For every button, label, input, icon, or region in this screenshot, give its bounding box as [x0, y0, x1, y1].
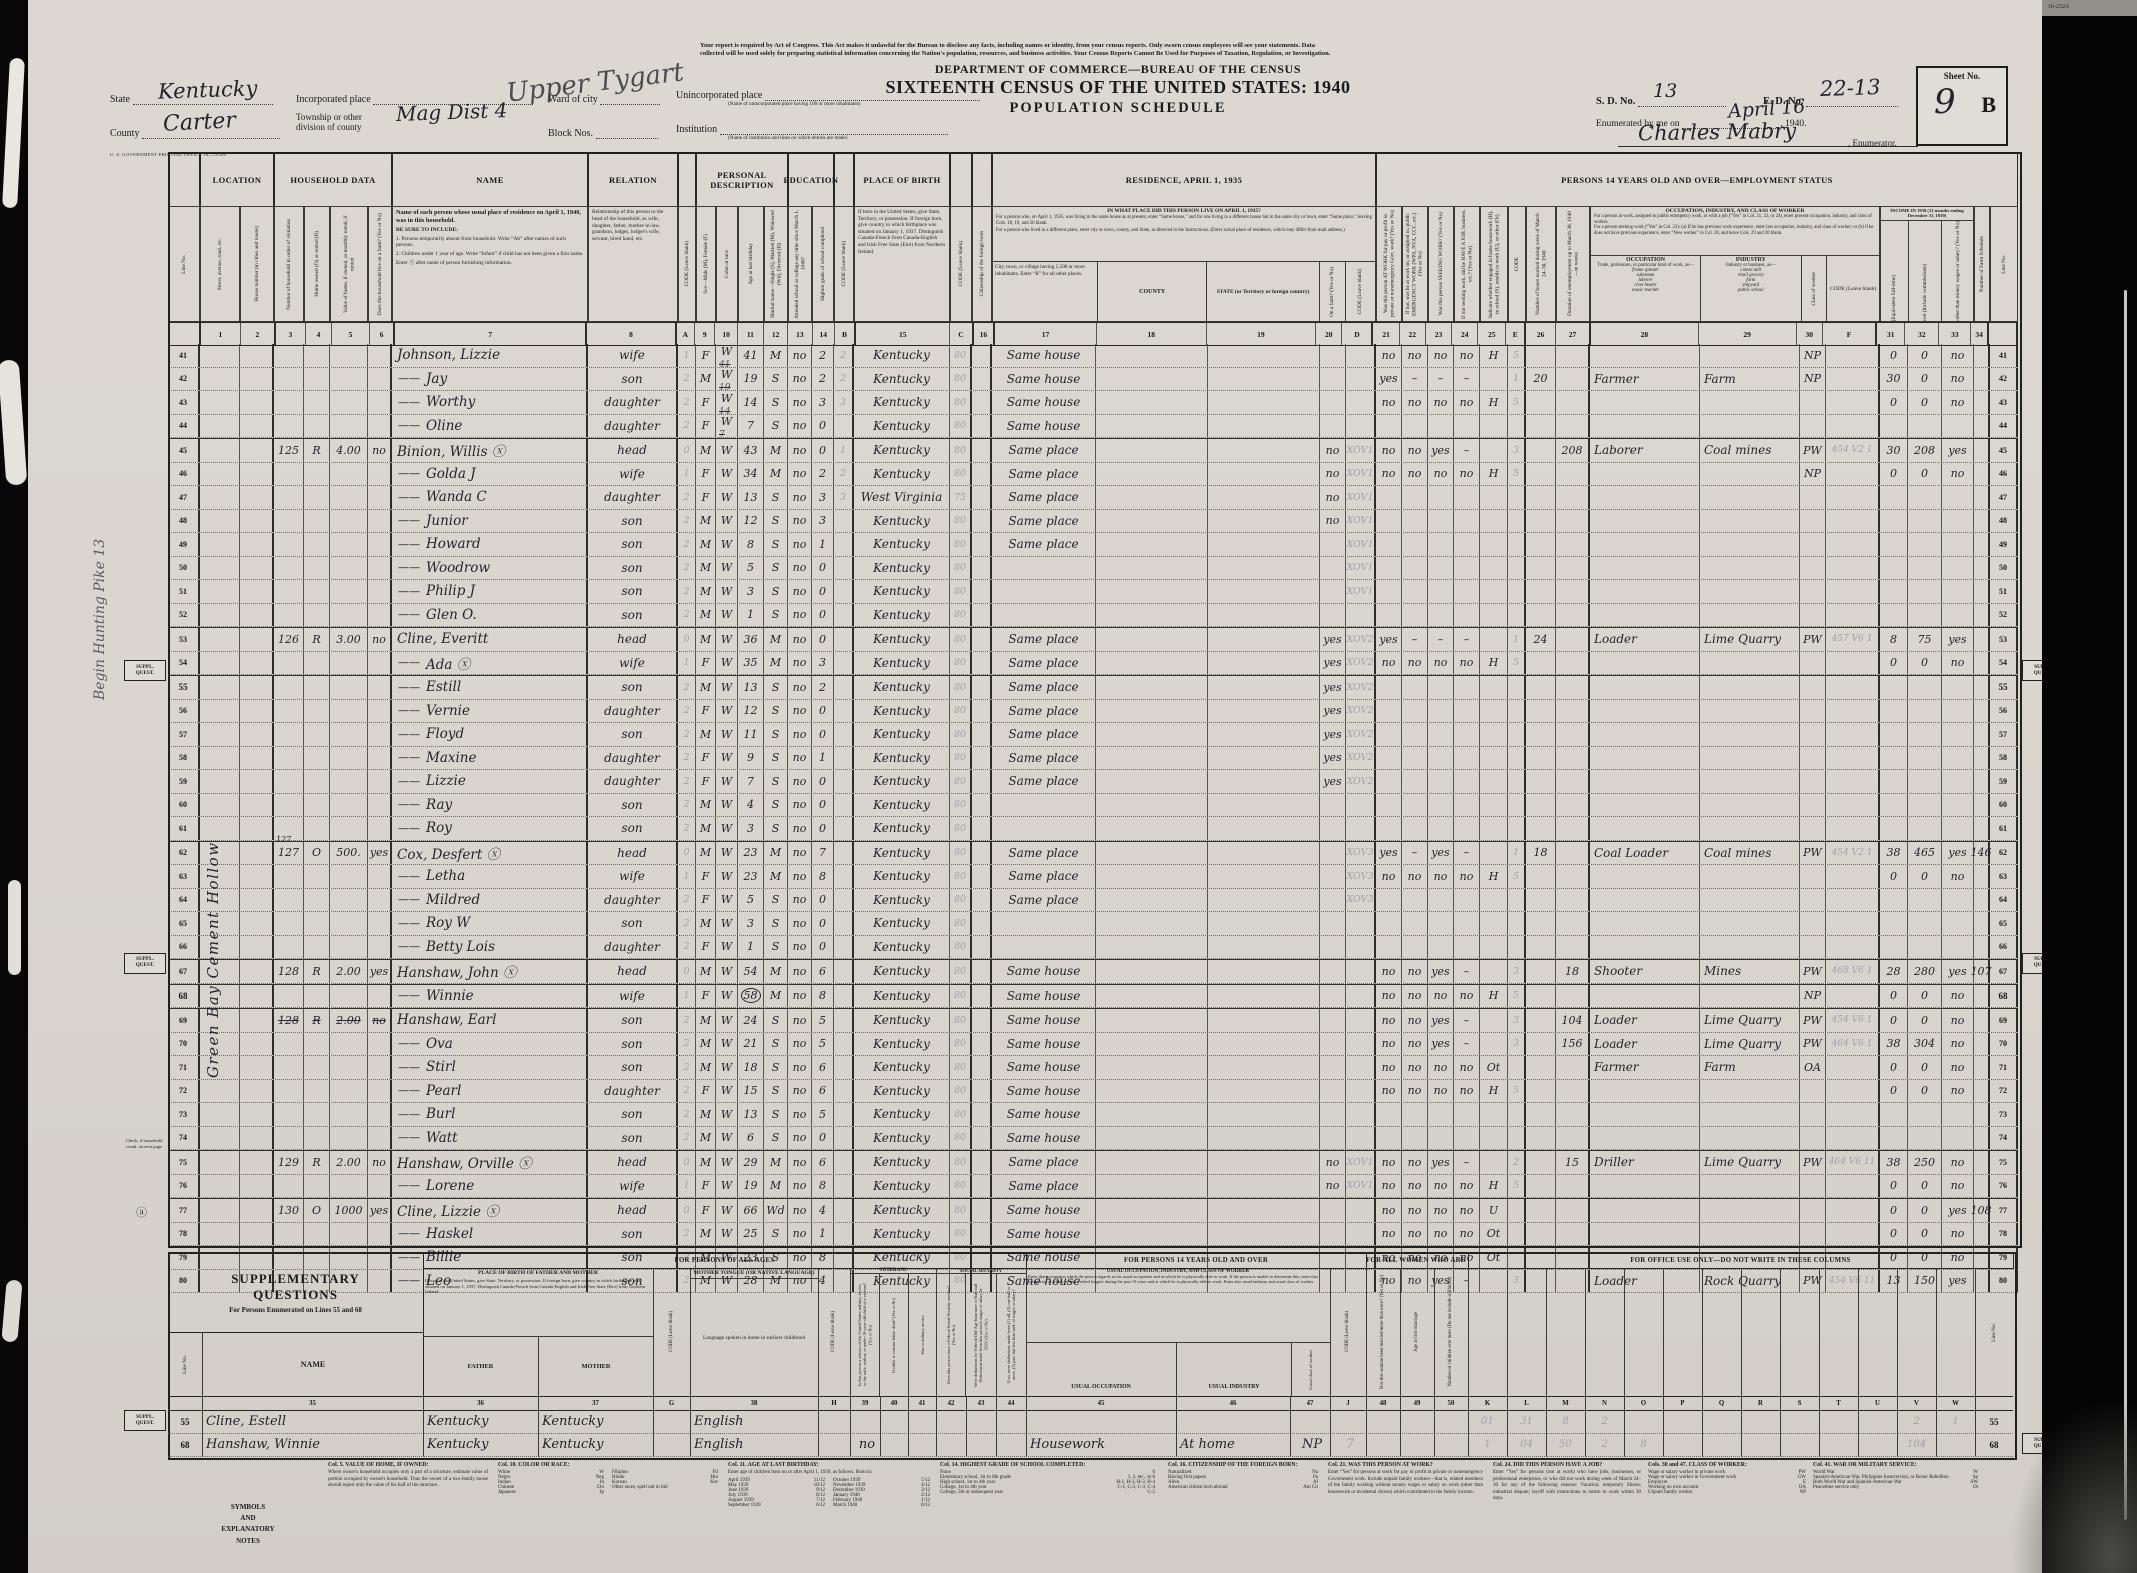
- cell-53-pob: Kentucky: [854, 628, 950, 651]
- value-69-w32: 0: [1921, 1014, 1928, 1027]
- cell-50-d: XOV1: [1346, 557, 1376, 580]
- cell-76-sex: F: [696, 1175, 716, 1198]
- supp-w49: Age at first marriage: [1400, 1268, 1435, 1397]
- rel-desc: Relationship of this person to the head …: [592, 209, 674, 243]
- cell-69-pob: Kentucky: [854, 1009, 950, 1032]
- cell-52-hn: [240, 604, 274, 627]
- supp-office-col-12: [1936, 1268, 1976, 1397]
- cell-48-sex: M: [696, 510, 716, 533]
- supp-cell-68-father: Kentucky: [423, 1433, 539, 1457]
- value-70-cls: PW: [1803, 1037, 1822, 1050]
- colnum-val: 5: [332, 323, 370, 345]
- cell-48-f20: no: [1320, 510, 1346, 533]
- table-row-41: 41Johnson, Lizziewife1F41W41Mno22Kentuck…: [168, 344, 2018, 368]
- cell-65-q22: [1402, 912, 1428, 935]
- cell-71-ln2: 71: [1990, 1056, 2018, 1079]
- value-67-q24: –: [1464, 965, 1470, 978]
- cell-51-occ: [1590, 580, 1700, 603]
- cell-57-ln: 57: [168, 723, 200, 746]
- supp-office-value-68-0: 1: [1484, 1439, 1490, 1450]
- cell-55-d27: [1556, 676, 1590, 699]
- cell-75-q23: yes: [1428, 1151, 1454, 1174]
- cell-52-sch: no: [788, 604, 812, 627]
- cell-65-mar: S: [764, 912, 788, 935]
- supp-num-office-V: V: [1897, 1396, 1937, 1411]
- cell-46-a: 1: [678, 463, 696, 486]
- cell-43-gr: 3: [812, 391, 834, 414]
- cell-42-c: 80: [950, 368, 972, 391]
- cell-67-q22: no: [1402, 960, 1428, 983]
- fp-code: NP: [1800, 1490, 1806, 1495]
- value-55-pob: Kentucky: [873, 680, 930, 694]
- cell-65-state: [1208, 912, 1320, 935]
- colhead-label-a: CODE (Leave blank): [684, 241, 690, 286]
- cell-49-rel: son: [588, 533, 678, 556]
- cell-51-d27: [1556, 580, 1590, 603]
- value-73-sch: no: [793, 1108, 807, 1121]
- supp-num-v41: 41: [908, 1396, 937, 1411]
- cell-76-d: XOV1: [1346, 1175, 1376, 1198]
- cell-57-cty: [1096, 723, 1208, 746]
- cell-48-c: 80: [950, 510, 972, 533]
- value-69-pob: Kentucky: [873, 1013, 930, 1027]
- value-62-q22: –: [1412, 846, 1418, 859]
- cell-70-ln2: 70: [1990, 1033, 2018, 1056]
- cell-63-fm: [368, 865, 392, 888]
- value-54-q21: no: [1382, 656, 1396, 669]
- cell-53-ind: Lime Quarry: [1700, 628, 1800, 651]
- value-53-h26: 24: [1534, 633, 1548, 646]
- value-46-q23: no: [1434, 467, 1448, 480]
- supp-cell-55-v41: [908, 1410, 937, 1434]
- table-row-66: 66——Betty Loisdaughter2FW1Sno0Kentucky80…: [168, 936, 2018, 960]
- cell-56-fm: [368, 700, 392, 723]
- cell-44-d27: [1556, 415, 1590, 438]
- cell-71-e: [1508, 1056, 1526, 1079]
- cell-43-d27: [1556, 391, 1590, 414]
- cell-42-h26: 20: [1526, 368, 1556, 391]
- colhead-label-race: Color or race: [724, 250, 730, 278]
- value-67-pob: Kentucky: [873, 964, 930, 978]
- colhead-label-q25: Indicate whether engaged in home housewo…: [1488, 209, 1501, 319]
- cell-64-q22: [1402, 889, 1428, 912]
- value-41-mar: M: [770, 349, 781, 362]
- value-76-d: XOV1: [1346, 1180, 1373, 1191]
- value-78-q22: no: [1408, 1227, 1422, 1240]
- value-48-mar: S: [772, 514, 780, 527]
- cell-74-age: 6: [738, 1127, 764, 1150]
- value-78-mar: S: [772, 1227, 780, 1240]
- cell-51-w33: [1942, 580, 1974, 603]
- cell-54-d: XOV2: [1346, 652, 1376, 675]
- value-65-rel: son: [621, 916, 642, 930]
- cell-72-f: [1826, 1080, 1880, 1103]
- cell-47-b: 3: [834, 486, 854, 509]
- ditto-dash: ——: [398, 561, 420, 574]
- cell-50-hn: [240, 557, 274, 580]
- cell-49-st: [200, 533, 240, 556]
- res-county-head: COUNTY: [1098, 262, 1207, 321]
- cell-42-w32: 0: [1908, 368, 1942, 391]
- value-72-q22: no: [1408, 1084, 1422, 1097]
- cell-51-race: W: [716, 580, 738, 603]
- cell-52-name: ——Glen O.: [392, 604, 588, 627]
- colnum-b: B: [835, 323, 856, 345]
- cell-44-q25: [1480, 415, 1508, 438]
- supp-title-1: SUPPLEMENTARY: [231, 1271, 360, 1287]
- value-49-a: 2: [683, 539, 689, 550]
- supp-name-label: NAME: [301, 1360, 325, 1369]
- colnum-q22: 22: [1400, 323, 1426, 345]
- supp-vet-v40: If child, is veteran-father dead? (Yes o…: [880, 1274, 908, 1396]
- supp-office-55-10: [1858, 1410, 1898, 1434]
- fp-label: Other races, spell out in full: [612, 1485, 668, 1490]
- supp-vets: VETERANSIs this person a veteran of the …: [850, 1268, 937, 1397]
- supp-cell-55-w48: [1366, 1410, 1401, 1434]
- supp-tongue: MOTHER TONGUE (OR NATIVE LANGUAGE)Langua…: [690, 1268, 819, 1397]
- cell-68-h26: [1526, 985, 1556, 1008]
- cell-76-q24: no: [1454, 1175, 1480, 1198]
- supp-value-68-ucls: NP: [1298, 1437, 1322, 1452]
- cell-61-d27: [1556, 817, 1590, 840]
- supp-cell-68-lang: English: [690, 1433, 819, 1457]
- cell-41-cit: [972, 344, 992, 367]
- cell-67-val: 2.00: [330, 960, 368, 983]
- cell-63-gr: 8: [812, 865, 834, 888]
- cell-41-q24: no: [1454, 344, 1480, 367]
- cell-45-occ: Laborer: [1590, 439, 1700, 462]
- cell-61-state: [1208, 817, 1320, 840]
- cell-76-hh: [274, 1175, 304, 1198]
- cell-60-mar: S: [764, 794, 788, 817]
- value-42-pob: Kentucky: [873, 372, 930, 386]
- cell-72-f20: [1320, 1080, 1346, 1103]
- cell-56-b: [834, 700, 854, 723]
- value-77-val: 1000: [335, 1204, 363, 1217]
- cell-41-q23: no: [1428, 344, 1454, 367]
- value-51-sex: M: [700, 585, 711, 598]
- cell-45-ln2: 45: [1990, 439, 2018, 462]
- cell-60-a: 2: [678, 794, 696, 817]
- cell-57-race: W: [716, 723, 738, 746]
- value-75-pob: Kentucky: [873, 1155, 930, 1169]
- cell-65-ln2: 65: [1990, 912, 2018, 935]
- value-70-gr: 5: [819, 1037, 826, 1050]
- value-73-sex: M: [700, 1108, 711, 1121]
- value-41-q24: no: [1460, 349, 1474, 362]
- colhead-c: CODE (Leave blank): [950, 206, 972, 322]
- value-49-pob: Kentucky: [873, 537, 930, 551]
- cell-66-city: [992, 936, 1096, 959]
- cell-58-cls: [1800, 747, 1826, 770]
- cell-66-or: [304, 936, 330, 959]
- cell-44-occ: [1590, 415, 1700, 438]
- cell-76-w31: 0: [1880, 1175, 1908, 1198]
- cell-56-sch: no: [788, 700, 812, 723]
- supp-w50: Number of children ever born (Do not inc…: [1434, 1268, 1469, 1397]
- footnote-body-6: Enter “Yes” for persons (not at work) wh…: [1493, 1470, 1641, 1503]
- cell-56-mar: S: [764, 700, 788, 723]
- cell-76-cit: [972, 1175, 992, 1198]
- cell-76-h26: [1526, 1175, 1556, 1198]
- cell-69-or: R: [304, 1009, 330, 1032]
- value-76-w31: 0: [1890, 1179, 1897, 1192]
- supp-office-68-0: 1: [1468, 1433, 1508, 1457]
- cell-50-q25: [1480, 557, 1508, 580]
- cell-49-h26: [1526, 533, 1556, 556]
- cell-75-mar: M: [764, 1151, 788, 1174]
- colhead-b: CODE (Leave blank): [834, 206, 854, 322]
- value-76-q24: no: [1460, 1179, 1474, 1192]
- value-60-pob: Kentucky: [873, 798, 930, 812]
- cell-70-f20: [1320, 1033, 1346, 1056]
- colnum-f20: 20: [1316, 323, 1342, 345]
- cell-68-q21: no: [1376, 985, 1402, 1008]
- cell-58-w33: [1942, 747, 1974, 770]
- cell-61-ln: 61: [168, 817, 200, 840]
- cell-41-fm: [368, 344, 392, 367]
- footnote-block-6: Col. 24. DID THIS PERSON HAVE A JOB?Ente…: [1493, 1462, 1641, 1503]
- cell-55-cls: [1800, 676, 1826, 699]
- value-50-name: Woodrow: [426, 560, 490, 576]
- cell-63-h26: [1526, 865, 1556, 888]
- supp-office-col-10: [1858, 1268, 1898, 1397]
- value-48-city: Same place: [1008, 514, 1078, 528]
- supp-cell-55-lnS: 55: [168, 1410, 203, 1434]
- colhead-ln: Line No.: [168, 206, 200, 322]
- cell-74-state: [1208, 1127, 1320, 1150]
- value-67-fm: yes: [370, 965, 388, 978]
- cell-53-c: 80: [950, 628, 972, 651]
- cell-63-w32: 0: [1908, 865, 1942, 888]
- cell-54-cit: [972, 652, 992, 675]
- cell-58-a: 2: [678, 747, 696, 770]
- cell-64-ln: 64: [168, 889, 200, 912]
- value-78-w31: 0: [1890, 1227, 1897, 1240]
- cell-54-name: ——Ada ⓧ: [392, 652, 588, 675]
- res-county-label: COUNTY: [1139, 289, 1165, 295]
- cell-54-sch: no: [788, 652, 812, 675]
- cell-55-mar: S: [764, 676, 788, 699]
- ditto-dash: ——: [398, 681, 420, 694]
- value-47-city: Same place: [1008, 490, 1078, 504]
- value-44-name: Oline: [426, 418, 462, 434]
- cell-54-cls: [1800, 652, 1826, 675]
- cell-62-fm: yes: [368, 842, 392, 865]
- value-78-pob: Kentucky: [873, 1227, 930, 1241]
- value-67-q23: yes: [1431, 965, 1449, 978]
- value-44-age: 7: [747, 419, 754, 432]
- value-58-pob: Kentucky: [873, 751, 930, 765]
- value-62-q21: yes: [1379, 846, 1397, 859]
- cell-62-w33: yes: [1942, 842, 1974, 865]
- cell-58-w31: [1880, 747, 1908, 770]
- value-71-sex: M: [700, 1061, 711, 1074]
- cell-47-ln: 47: [168, 486, 200, 509]
- cell-43-st: [200, 391, 240, 414]
- cell-55-b: [834, 676, 854, 699]
- value-42-q22: –: [1412, 372, 1418, 385]
- cell-69-ln2: 69: [1990, 1009, 2018, 1032]
- colhead-label-cit: Citizenship of the foreign born: [979, 231, 985, 296]
- cell-61-w32: [1908, 817, 1942, 840]
- res-farm-label: On a farm? (Yes or No): [1329, 267, 1335, 317]
- supp-num-office-R: R: [1741, 1396, 1781, 1411]
- cell-58-q23: [1428, 747, 1454, 770]
- cell-60-e: [1508, 794, 1526, 817]
- supp-ucls-label: Usual class of worker: [1308, 1350, 1314, 1390]
- cell-67-rel: head: [588, 960, 678, 983]
- cell-64-h26: [1526, 889, 1556, 912]
- cell-50-h26: [1526, 557, 1556, 580]
- cell-69-a: 2: [678, 1009, 696, 1032]
- cell-75-q25: [1480, 1151, 1508, 1174]
- cell-52-h26: [1526, 604, 1556, 627]
- supp-usual: USUAL OCCUPATION, INDUSTRY, AND CLASS OF…: [1026, 1268, 1331, 1397]
- cell-54-cty: [1096, 652, 1208, 675]
- cell-65-cls: [1800, 912, 1826, 935]
- cell-41-w31: 0: [1880, 344, 1908, 367]
- cell-75-or: R: [304, 1151, 330, 1174]
- cell-78-w33: no: [1942, 1223, 1974, 1246]
- cell-44-h26: [1526, 415, 1556, 438]
- cell-51-val: [330, 580, 368, 603]
- cell-56-d27: [1556, 700, 1590, 723]
- value-43-q21: no: [1382, 396, 1396, 409]
- cell-69-fm: no: [368, 1009, 392, 1032]
- cell-47-d: XOV1: [1346, 486, 1376, 509]
- cell-66-q24: [1454, 936, 1480, 959]
- value-54-sex: F: [702, 656, 710, 669]
- supp-usual-head: USUAL OCCUPATION, INDUSTRY, AND CLASS OF…: [1026, 1268, 1330, 1343]
- cell-66-val: [330, 936, 368, 959]
- cell-51-sch: no: [788, 580, 812, 603]
- pob-desc: If born in the United States, give State…: [858, 209, 946, 255]
- cell-71-cit: [972, 1056, 992, 1079]
- cell-73-gr: 5: [812, 1103, 834, 1126]
- value-56-gr: 0: [819, 704, 826, 717]
- value-65-a: 2: [683, 918, 689, 929]
- cell-57-w33: [1942, 723, 1974, 746]
- cell-48-state: [1208, 510, 1320, 533]
- cell-45-w34: [1974, 439, 1990, 462]
- cell-62-sex: M: [696, 842, 716, 865]
- value-48-race: W: [721, 514, 732, 527]
- ditto-dash: ——: [398, 728, 420, 741]
- cell-64-val: [330, 889, 368, 912]
- supp-cell-55-v39: [850, 1410, 881, 1434]
- footnote-pairs-7: Wage or salary worker in private workPWW…: [1648, 1470, 1806, 1495]
- cell-55-state: [1208, 676, 1320, 699]
- cell-52-cit: [972, 604, 992, 627]
- cell-74-c: 80: [950, 1127, 972, 1150]
- supp-value-68-uind: At home: [1176, 1437, 1235, 1452]
- cell-47-state: [1208, 486, 1320, 509]
- cell-68-or: [304, 985, 330, 1008]
- cell-46-city: Same place: [992, 463, 1096, 486]
- cell-50-q23: [1428, 557, 1454, 580]
- cell-50-cty: [1096, 557, 1208, 580]
- cell-52-e: [1508, 604, 1526, 627]
- value-78-q23: no: [1434, 1227, 1448, 1240]
- value-63-w31: 0: [1890, 870, 1897, 883]
- cell-60-gr: 0: [812, 794, 834, 817]
- cell-52-w34: [1974, 604, 1990, 627]
- cell-44-w32: [1908, 415, 1942, 438]
- cell-69-val: 2.00: [330, 1009, 368, 1032]
- supp-office-55-11: 2: [1897, 1410, 1937, 1434]
- cell-42-q22: –: [1402, 368, 1428, 391]
- value-78-race: W: [721, 1227, 732, 1240]
- cell-48-e: [1508, 510, 1526, 533]
- cell-75-race: W: [716, 1151, 738, 1174]
- cell-60-st: [200, 794, 240, 817]
- cell-58-city: Same place: [992, 747, 1096, 770]
- value-41-race: W: [721, 345, 732, 358]
- cell-49-e: [1508, 533, 1526, 556]
- cell-62-d27: [1556, 842, 1590, 865]
- cell-41-name: Johnson, Lizzie: [392, 344, 588, 367]
- value-69-val: 2.00: [336, 1014, 361, 1027]
- cell-46-sch: no: [788, 463, 812, 486]
- codef-label: CODE (Leave blank): [1830, 286, 1876, 292]
- cell-50-ind: [1700, 557, 1800, 580]
- value-72-rel: daughter: [604, 1084, 660, 1098]
- value-45-pob: Kentucky: [873, 443, 930, 457]
- cell-46-d: XOV1: [1346, 463, 1376, 486]
- cell-60-ind: [1700, 794, 1800, 817]
- cell-46-name: ——Golda J: [392, 463, 588, 486]
- cell-48-cty: [1096, 510, 1208, 533]
- value-43-w31: 0: [1890, 396, 1897, 409]
- supp-num-office-Q: Q: [1702, 1396, 1742, 1411]
- value-75-w32: 250: [1914, 1156, 1935, 1169]
- cell-56-w34: [1974, 700, 1990, 723]
- value-53-q22: –: [1412, 633, 1418, 646]
- value-51-sch: no: [793, 585, 807, 598]
- cell-57-occ: [1590, 723, 1700, 746]
- cell-57-or: [304, 723, 330, 746]
- value-67-c: 80: [954, 966, 966, 977]
- value-74-c: 80: [954, 1132, 966, 1143]
- cls-head-label: Class of worker: [1811, 272, 1817, 306]
- value-46-d: XOV1: [1346, 468, 1373, 479]
- value-51-race: W: [721, 585, 732, 598]
- colnum-name: 7: [395, 323, 587, 345]
- cell-62-cls: PW: [1800, 842, 1826, 865]
- value-61-age: 3: [747, 822, 754, 835]
- cell-57-f20: yes: [1320, 723, 1346, 746]
- value-56-age: 12: [744, 704, 758, 717]
- cell-66-d: [1346, 936, 1376, 959]
- value-67-occ: Shooter: [1594, 964, 1642, 978]
- cell-78-cls: [1800, 1223, 1826, 1246]
- cell-71-hn: [240, 1056, 274, 1079]
- cell-71-state: [1208, 1056, 1320, 1079]
- cell-75-gr: 6: [812, 1151, 834, 1174]
- cell-58-cty: [1096, 747, 1208, 770]
- supp-codeh-label: CODE (Leave blank): [831, 1311, 837, 1352]
- table-row-63: 63——Lethawife1FW23Mno8Kentucky80Same pla…: [168, 865, 2018, 889]
- cell-76-occ: [1590, 1175, 1700, 1198]
- value-76-q23: no: [1434, 1179, 1448, 1192]
- value-43-age: 14: [744, 396, 758, 409]
- table-row-46: 46——Golda Jwife1FW34Mno22Kentucky80Same …: [168, 463, 2018, 487]
- value-71-name: Stirl: [426, 1059, 456, 1075]
- cell-76-w34: [1974, 1175, 1990, 1198]
- cell-54-c: 80: [950, 652, 972, 675]
- supp-office-value-68-11: 104: [1907, 1439, 1926, 1450]
